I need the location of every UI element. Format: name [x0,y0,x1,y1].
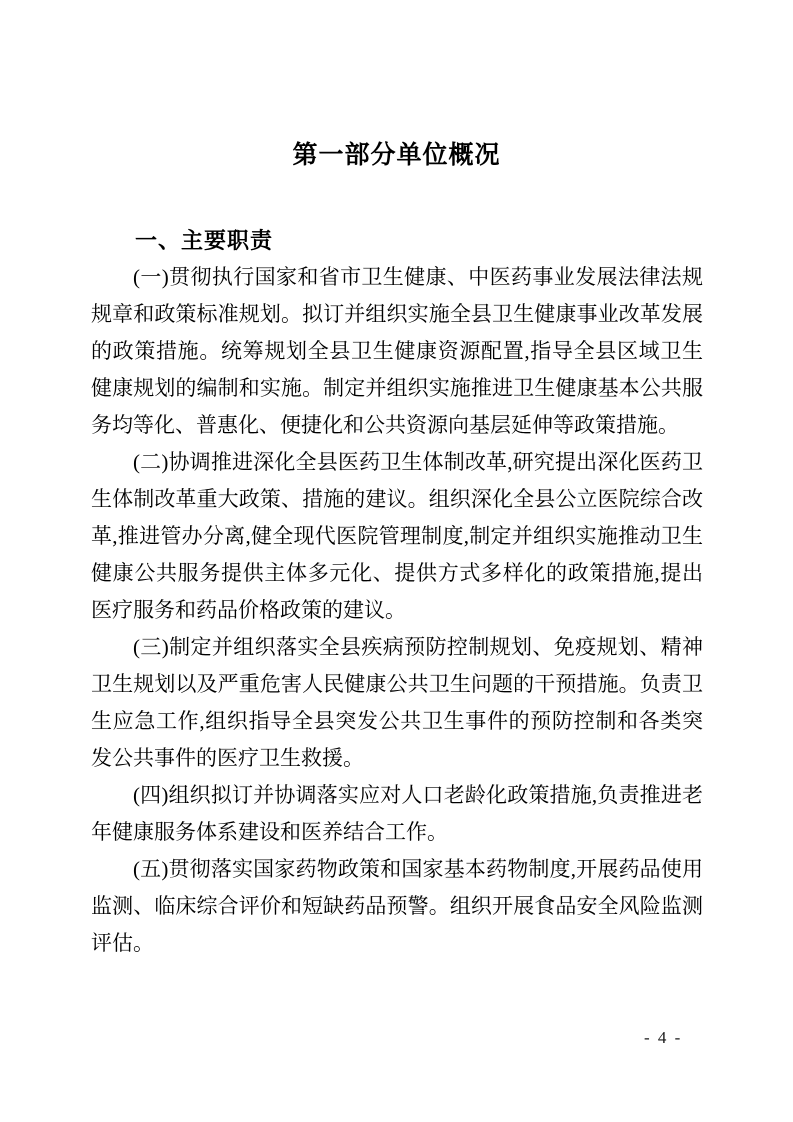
paragraph-duty-3: (三)制定并组织落实全县疾病预防控制规划、免疫规划、精神卫生规划以及严重危害人民… [91,629,703,777]
paragraph-duty-1: (一)贯彻执行国家和省市卫生健康、中医药事业发展法律法规规章和政策标准规划。拟订… [91,259,703,444]
document-page: 第一部分单位概况 一、主要职责 (一)贯彻执行国家和省市卫生健康、中医药事业发展… [0,0,793,1122]
document-body: 一、主要职责 (一)贯彻执行国家和省市卫生健康、中医药事业发展法律法规规章和政策… [91,222,703,962]
paragraph-duty-2: (二)协调推进深化全县医药卫生体制改革,研究提出深化医药卫生体制改革重大政策、措… [91,444,703,629]
paragraph-duty-5: (五)贯彻落实国家药物政策和国家基本药物制度,开展药品使用监测、临床综合评价和短… [91,851,703,962]
document-title: 第一部分单位概况 [0,139,793,171]
paragraph-duty-4: (四)组织拟订并协调落实应对人口老龄化政策措施,负责推进老年健康服务体系建设和医… [91,777,703,851]
section-heading-main-duties: 一、主要职责 [91,222,703,259]
page-number: - 4 - [644,1028,682,1048]
